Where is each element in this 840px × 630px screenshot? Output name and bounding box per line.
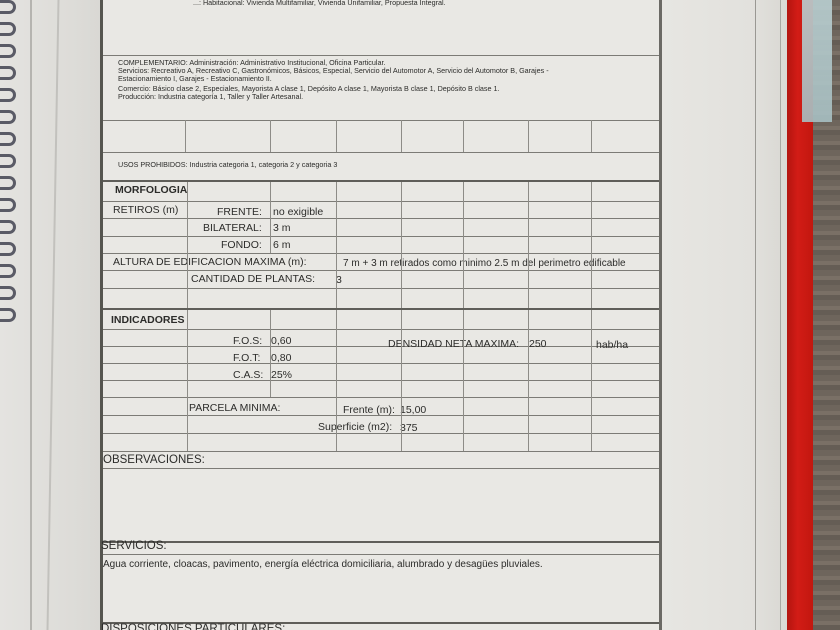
servicios-value: Agua corriente, cloacas, pavimento, ener… bbox=[103, 559, 543, 570]
retiros-label: RETIROS (m) bbox=[113, 204, 178, 216]
disposiciones-label: DISPOSICIONES PARTICULARES: bbox=[101, 623, 285, 630]
divider bbox=[103, 152, 659, 153]
grid-line bbox=[591, 182, 592, 308]
grid-line bbox=[270, 120, 271, 152]
cas-label: C.A.S: bbox=[233, 369, 263, 381]
densidad-unit: hab/ha bbox=[596, 339, 628, 351]
usos-prohibidos: USOS PROHIBIDOS: Industria categoria 1, … bbox=[118, 160, 337, 170]
divider bbox=[103, 120, 659, 121]
grid-line bbox=[528, 182, 529, 308]
plantas-label: CANTIDAD DE PLANTAS: bbox=[191, 273, 315, 285]
page-edge bbox=[755, 0, 756, 630]
grid-line bbox=[463, 120, 464, 152]
grid-line bbox=[187, 182, 188, 308]
grid-line bbox=[528, 120, 529, 152]
zoning-form-sheet: ...: Habitacional: Vivienda Multifamilia… bbox=[100, 0, 662, 630]
grid-line bbox=[591, 310, 592, 451]
divider bbox=[103, 451, 659, 452]
complementario-line: Producción: Industria categoría 1, Talle… bbox=[118, 92, 303, 102]
grid-line bbox=[401, 182, 402, 308]
grid-line bbox=[528, 310, 529, 451]
spiral-ring bbox=[0, 308, 16, 322]
fondo-label: FONDO: bbox=[221, 239, 262, 251]
grid-line bbox=[270, 182, 271, 253]
spiral-ring bbox=[0, 286, 16, 300]
densidad-label: DENSIDAD NETA MAXIMA: bbox=[388, 338, 519, 350]
grid-line bbox=[463, 182, 464, 308]
servicios-label: SERVICIOS: bbox=[101, 540, 167, 552]
densidad-value: 250 bbox=[529, 338, 547, 350]
parcela-superficie-value: 375 bbox=[400, 422, 418, 434]
top-uses-line: ...: Habitacional: Vivienda Multifamilia… bbox=[193, 0, 446, 8]
plastic-sleeve bbox=[802, 0, 832, 122]
fos-label: F.O.S: bbox=[233, 335, 262, 347]
altura-label: ALTURA DE EDIFICACION MAXIMA (m): bbox=[113, 256, 307, 268]
page-fold bbox=[47, 0, 60, 630]
spiral-ring bbox=[0, 44, 16, 58]
fot-label: F.O.T: bbox=[233, 352, 260, 364]
spiral-ring bbox=[0, 132, 16, 146]
spiral-ring bbox=[0, 110, 16, 124]
cas-value: 25% bbox=[271, 369, 292, 381]
grid-line bbox=[270, 310, 271, 397]
grid-line bbox=[463, 310, 464, 451]
grid-line bbox=[336, 182, 337, 308]
bilateral-label: BILATERAL: bbox=[203, 222, 262, 234]
spiral-ring bbox=[0, 220, 16, 234]
photo-scene: ...: Habitacional: Vivienda Multifamilia… bbox=[0, 0, 840, 630]
spiral-binding bbox=[0, 0, 22, 630]
grid-line bbox=[401, 310, 402, 451]
parcela-label: PARCELA MINIMA: bbox=[189, 402, 280, 414]
observaciones-label: OBSERVACIONES: bbox=[103, 454, 205, 466]
altura-value: 7 m + 3 m retirados como minimo 2.5 m de… bbox=[343, 258, 626, 269]
divider bbox=[103, 55, 659, 56]
grid-line bbox=[591, 120, 592, 152]
fos-value: 0,60 bbox=[271, 335, 291, 347]
grid-line bbox=[185, 120, 186, 152]
divider bbox=[103, 541, 659, 543]
spiral-ring bbox=[0, 264, 16, 278]
grid-line bbox=[336, 310, 337, 451]
complementario-line: Estacionamiento I, Garajes - Estacionami… bbox=[118, 74, 272, 84]
spiral-ring bbox=[0, 22, 16, 36]
spiral-ring bbox=[0, 154, 16, 168]
spiral-ring bbox=[0, 66, 16, 80]
parcela-frente-label: Frente (m): bbox=[343, 404, 395, 416]
page-fold bbox=[30, 0, 32, 630]
frente-value: no exigible bbox=[273, 206, 323, 218]
background-pages bbox=[660, 0, 790, 630]
bilateral-value: 3 m bbox=[273, 222, 291, 234]
spiral-ring bbox=[0, 242, 16, 256]
spiral-ring bbox=[0, 88, 16, 102]
morfologia-title: MORFOLOGIA bbox=[115, 184, 187, 196]
parcela-frente-value: 15,00 bbox=[400, 404, 426, 416]
divider bbox=[103, 468, 659, 469]
grid-line bbox=[401, 120, 402, 152]
page-edge bbox=[780, 0, 781, 630]
spiral-ring bbox=[0, 0, 16, 14]
grid-line bbox=[187, 310, 188, 451]
indicadores-title: INDICADORES bbox=[111, 314, 185, 326]
grid-line bbox=[336, 120, 337, 152]
fondo-value: 6 m bbox=[273, 239, 291, 251]
frente-label: FRENTE: bbox=[217, 206, 262, 218]
divider bbox=[103, 554, 659, 555]
fot-value: 0,80 bbox=[271, 352, 291, 364]
spiral-ring bbox=[0, 176, 16, 190]
spiral-ring bbox=[0, 198, 16, 212]
parcela-superficie-label: Superficie (m2): bbox=[318, 421, 392, 433]
